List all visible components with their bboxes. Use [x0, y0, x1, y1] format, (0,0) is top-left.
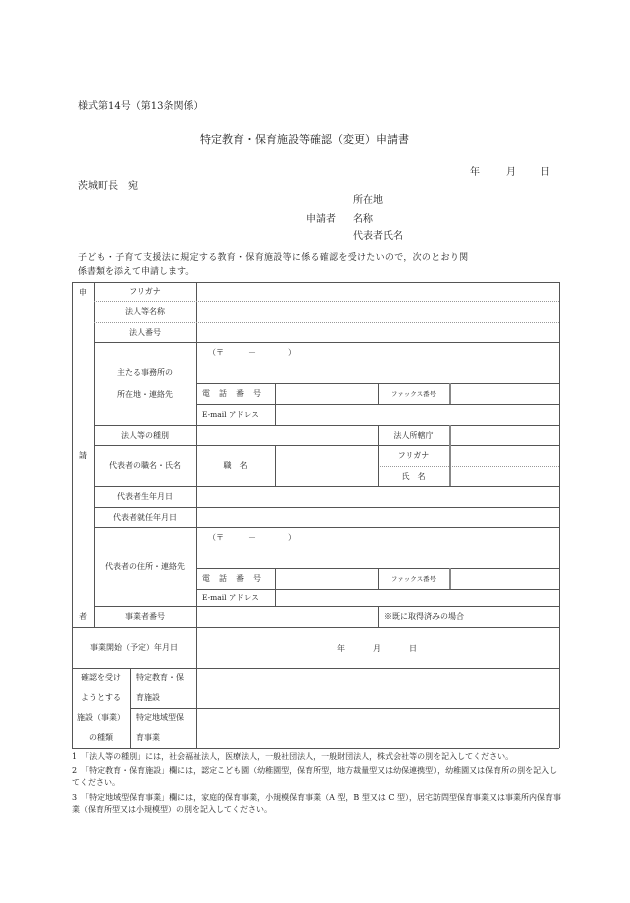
- corp-name-field[interactable]: [197, 302, 558, 322]
- note-3: 3 「特定地域型保育事業」欄には，家庭的保育事業，小規模保育事業（A 型，B 型…: [72, 792, 562, 816]
- form-number: 様式第14号（第13条関係）: [78, 97, 203, 112]
- rep-email-label: E-mail アドレス: [202, 589, 275, 606]
- label-rep-name: 氏 名: [378, 466, 449, 486]
- label-facility-local: 特定地域型保 育事業: [136, 708, 196, 748]
- intro-line-1: 子ども・子育て支援法に規定する教育・保育施設等に係る確認を受けたいので，次のとお…: [78, 250, 468, 263]
- label-start-date: 事業開始（予定）年月日: [72, 627, 196, 668]
- label-job-title: 職 名: [196, 445, 275, 486]
- addressee: 茨城町長 宛: [78, 177, 138, 192]
- page-title: 特定教育・保育施設等確認（変更）申請書: [200, 131, 409, 147]
- intro-line-2: 係書類を添えて申請します。: [78, 264, 194, 277]
- facility-local-field[interactable]: [197, 709, 558, 748]
- phone-label: 電 話 番 号: [202, 383, 275, 404]
- corp-number-field[interactable]: [197, 323, 558, 342]
- rep-fax-label: ファックス番号: [378, 568, 449, 589]
- rep-fax-field[interactable]: [451, 569, 558, 589]
- facility-edu-field[interactable]: [197, 669, 558, 708]
- corp-authority-field[interactable]: [451, 426, 558, 445]
- email-field[interactable]: [276, 405, 558, 425]
- address-label: 所在地: [353, 191, 383, 206]
- note-2: 2 「特定教育・保育施設」欄には，認定こども園（幼稚園型，保育所型，地方裁量型又…: [72, 765, 562, 789]
- name-label: 名称: [353, 210, 373, 225]
- rep-furigana-field[interactable]: [451, 446, 558, 466]
- label-rep-furigana: フリガナ: [378, 445, 449, 466]
- fax-field[interactable]: [451, 384, 558, 404]
- label-rep-birth: 代表者生年月日: [94, 486, 196, 507]
- job-title-field[interactable]: [276, 446, 377, 486]
- furigana-field[interactable]: [197, 283, 558, 301]
- label-corp-name: 法人等名称: [94, 301, 196, 322]
- side-label-sei: 請: [72, 445, 94, 465]
- corp-type-field[interactable]: [197, 426, 377, 445]
- rep-postal-code-field[interactable]: （〒 － ）: [208, 532, 296, 543]
- operator-number-field[interactable]: [197, 607, 377, 627]
- label-facility-edu: 特定教育・保 育施設: [136, 668, 196, 708]
- label-furigana: フリガナ: [94, 282, 196, 301]
- postal-code-field[interactable]: （〒 － ）: [208, 347, 296, 358]
- note-1: 1 「法人等の種別」には，社会福祉法人，医療法人，一般社団法人，一般財団法人，株…: [72, 751, 562, 763]
- label-rep-address: 代表者の住所・連絡先: [94, 527, 196, 606]
- label-main-office: 主たる事務所の 所在地・連絡先: [94, 342, 196, 425]
- rep-phone-label: 電 話 番 号: [202, 568, 275, 589]
- label-rep-title-name: 代表者の職名・氏名: [94, 445, 196, 486]
- side-label-sha: 者: [72, 606, 94, 627]
- rep-phone-field[interactable]: [276, 569, 377, 589]
- applicant-label: 申請者: [306, 210, 336, 225]
- rep-birth-field[interactable]: [197, 487, 558, 507]
- rep-name-field[interactable]: [451, 467, 558, 486]
- start-date-field[interactable]: 年 月 日: [197, 628, 558, 668]
- phone-field[interactable]: [276, 384, 377, 404]
- date-day: 日: [540, 163, 550, 178]
- side-label-shin: 申: [72, 283, 94, 301]
- label-operator-number: 事業者番号: [94, 606, 196, 627]
- rep-email-field[interactable]: [276, 590, 558, 606]
- label-corp-number: 法人番号: [94, 322, 196, 342]
- date-month: 月: [506, 163, 516, 178]
- date-year: 年: [470, 163, 480, 178]
- email-label: E-mail アドレス: [202, 404, 275, 425]
- fax-label: ファックス番号: [378, 383, 449, 404]
- label-facility-type: 確認を受け ようとする 施設（事業） の種類: [72, 668, 130, 748]
- label-corp-type: 法人等の種別: [94, 425, 196, 445]
- label-corp-authority: 法人所轄庁: [378, 425, 449, 445]
- rep-appointed-field[interactable]: [197, 508, 558, 527]
- label-rep-appointed: 代表者就任年月日: [94, 507, 196, 527]
- operator-note: ※既に取得済みの場合: [384, 606, 554, 627]
- rep-name-label: 代表者氏名: [353, 227, 403, 242]
